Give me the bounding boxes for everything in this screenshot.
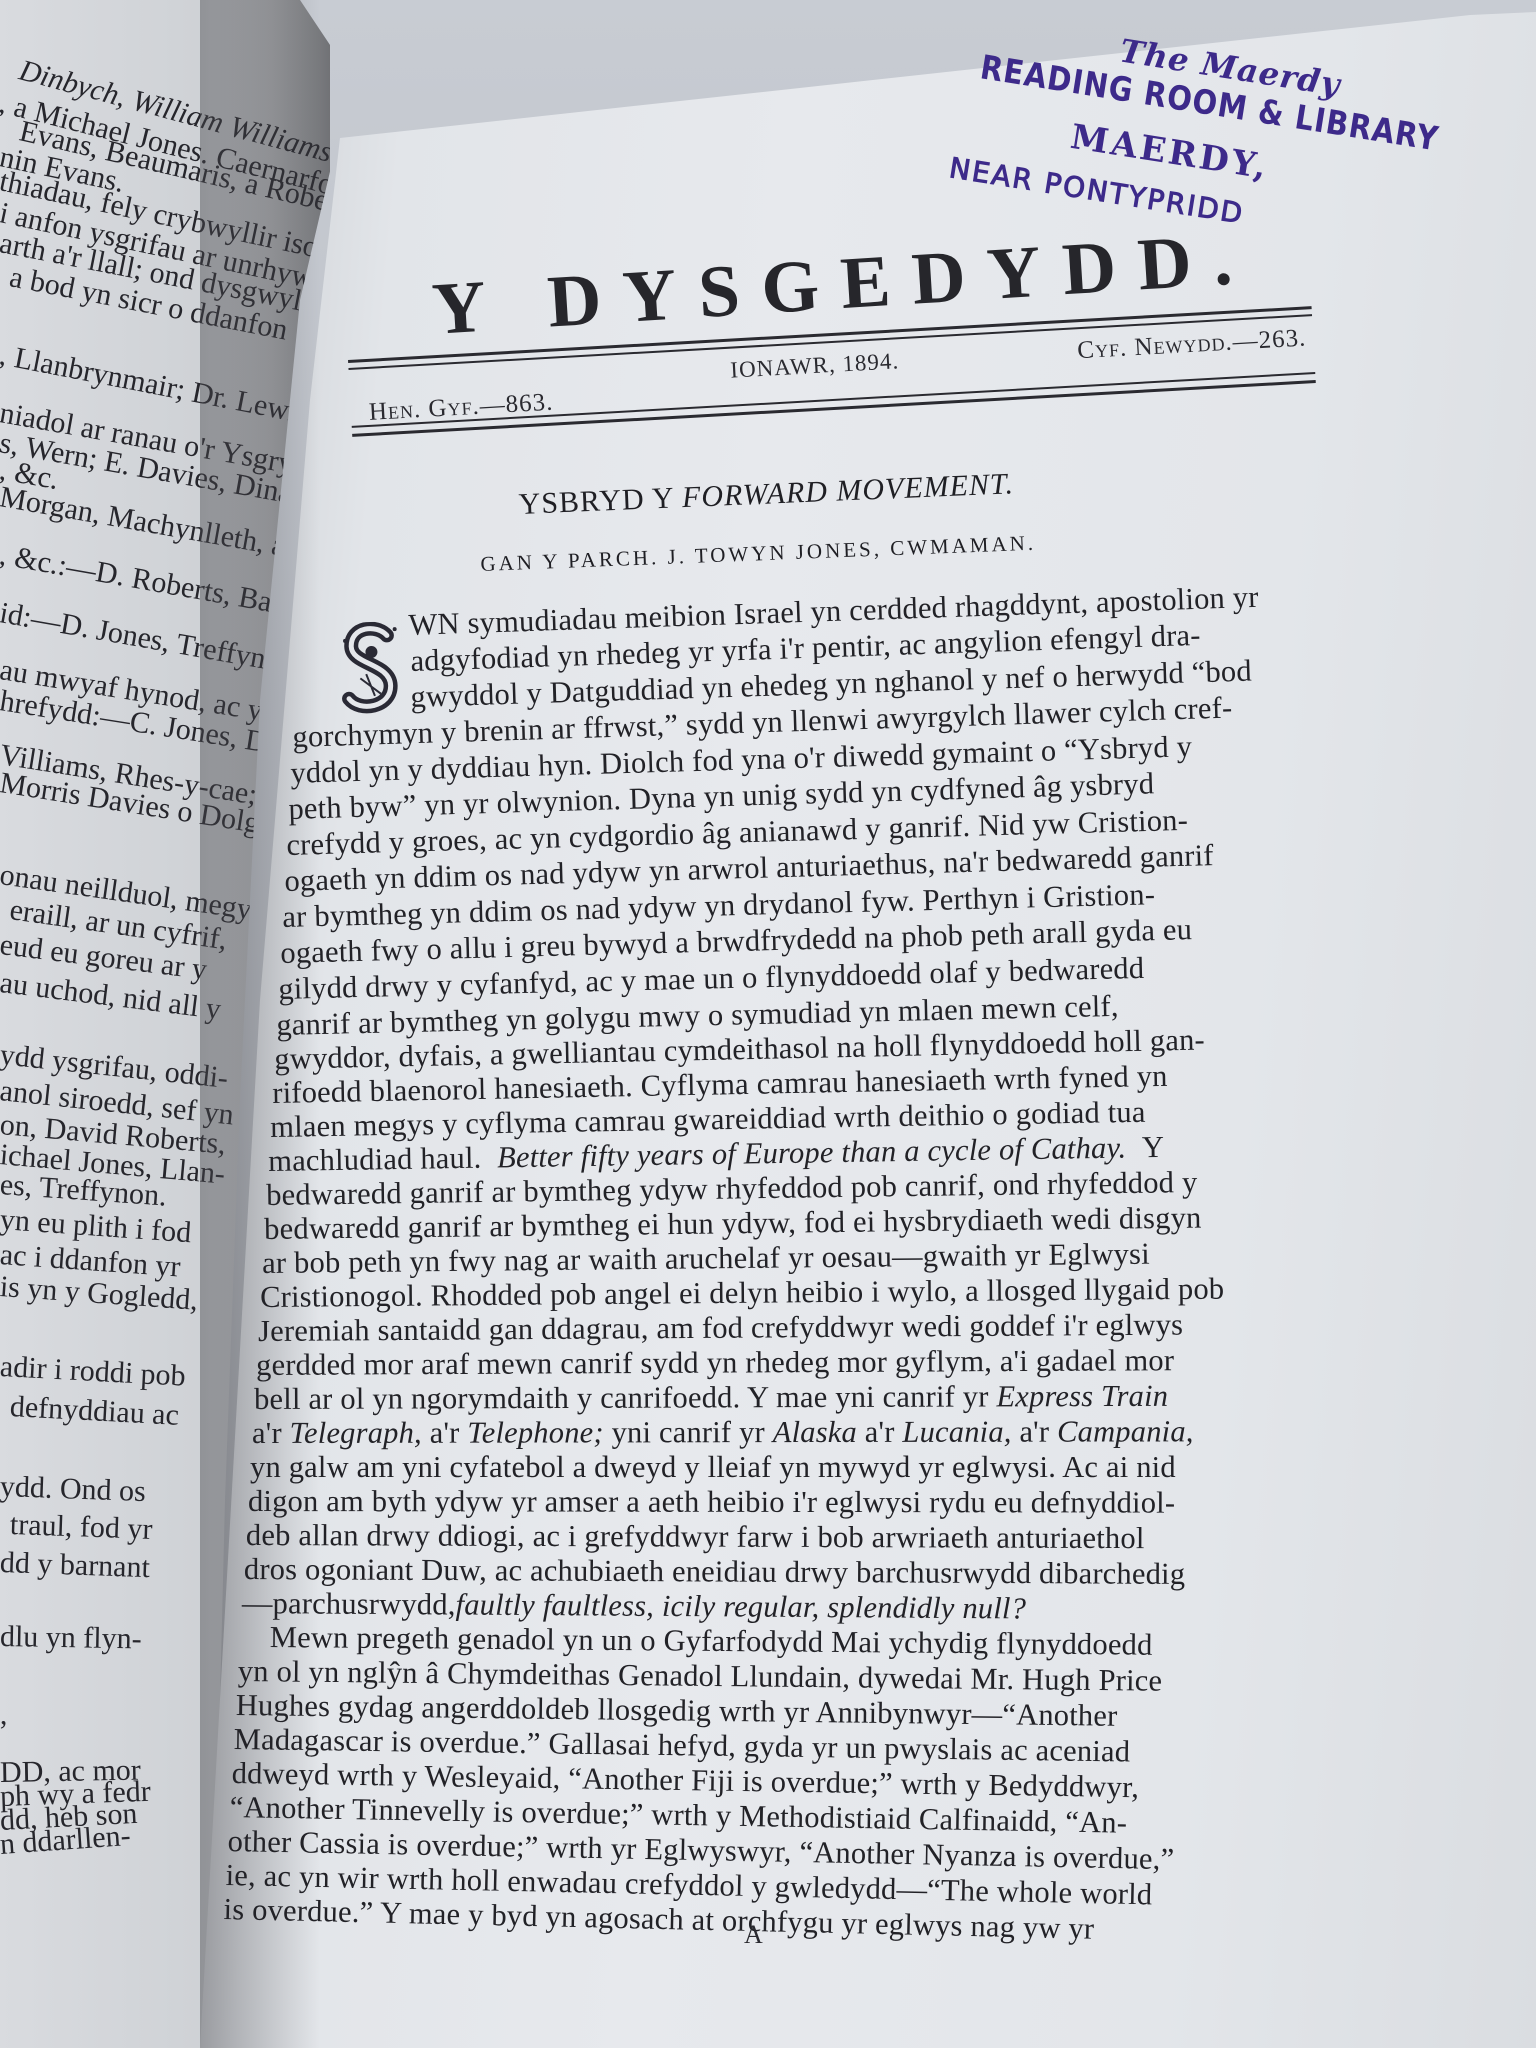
line-text: a'r	[1012, 1415, 1058, 1449]
line-text: machludiad haul.	[268, 1141, 482, 1178]
italic-phrase: Telegraph,	[290, 1416, 422, 1450]
line-text: a'r	[422, 1416, 468, 1450]
page-signature: A	[744, 1920, 763, 1950]
article-line: deb allan drwy ddiogi, ac i grefyddwyr f…	[246, 1520, 1145, 1554]
article-line: dros ogoniant Duw, ac achubiaeth eneidia…	[244, 1554, 1185, 1589]
article-line: bell ar ol yn ngorymdaith y canrifoedd. …	[254, 1381, 1168, 1415]
article-byline: GAN Y PARCH. J. TOWYN JONES, CWMAMAN.	[480, 531, 1036, 577]
line-text: a'r	[857, 1415, 903, 1449]
article-line: Mewn pregeth genadol yn un o Gyfarfodydd…	[270, 1622, 1153, 1660]
italic-phrase: Lucania,	[902, 1415, 1011, 1449]
article-line: Jeremiah santaidd gan ddagrau, am fod cr…	[258, 1310, 1183, 1347]
italic-phrase: Campania,	[1057, 1414, 1194, 1448]
article-line: Cristionogol. Rhodded pob angel ei delyn…	[260, 1274, 1224, 1313]
italic-phrase: Alaska	[773, 1415, 857, 1449]
italic-phrase: Telephone;	[467, 1415, 603, 1449]
title-italic: FORWARD MOVEMENT.	[681, 467, 1014, 514]
page-content: The Maerdy READING ROOM & LIBRARY MAERDY…	[0, 0, 1536, 2048]
article-line: gerdded mor araf mewn canrif sydd yn rhe…	[256, 1345, 1174, 1380]
title-prefix: YSBRYD Y	[518, 482, 674, 521]
line-text: Y	[1142, 1130, 1165, 1164]
new-series-number: Cyf. Newydd.—263.	[1077, 324, 1307, 365]
ornamental-dropcap-icon	[336, 621, 405, 715]
line-text: a'r	[252, 1416, 282, 1450]
title-article: Y	[430, 264, 510, 351]
article-line: yn galw am yni cyfatebol a dweyd y lleia…	[250, 1452, 1176, 1483]
line-text: bell ar ol yn ngorymdaith y canrifoedd. …	[254, 1379, 989, 1416]
article-line: digon am byth ydyw yr amser a aeth heibi…	[248, 1486, 1175, 1518]
italic-phrase: faultly faultless, icily regular, splend…	[455, 1587, 1026, 1625]
article-title: YSBRYD Y FORWARD MOVEMENT.	[518, 467, 1015, 522]
italic-phrase: Express Train	[996, 1379, 1168, 1414]
article-line: —parchusrwydd,faultly faultless, icily r…	[242, 1588, 1026, 1624]
article-line: a'r Telegraph, a'r Telephone; yni canrif…	[252, 1416, 1194, 1448]
line-text: —parchusrwydd,	[242, 1586, 456, 1621]
issue-date: IONAWR, 1894.	[730, 348, 900, 383]
line-text: yni canrif yr	[604, 1415, 773, 1449]
